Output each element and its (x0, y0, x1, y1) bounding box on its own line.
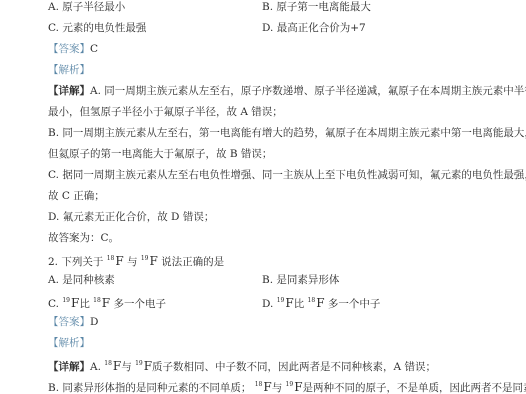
q2-option-a: A. 是同种核素 (48, 273, 115, 287)
isotope-mass: 18 (308, 297, 316, 304)
isotope-mass: 19 (62, 297, 70, 304)
q1-option-b: B. 原子第一电离能最大 (262, 0, 371, 14)
element-symbol: F (115, 254, 123, 268)
q1-detail-line-0: 【详解】A. 同一周期主族元素从左至右，原子序数递增、原子半径递减，氟原子在本周… (48, 84, 526, 98)
q1-option-d: D. 最高正化合价为+7 (262, 21, 366, 35)
detail-text: 是两种不同的原子，不是单质，因此两者不是同素 (303, 382, 526, 394)
isotope-mass: 19 (277, 297, 285, 304)
q1-option-c: C. 元素的电负性最强 (48, 21, 146, 35)
option-text: 多一个中子 (328, 298, 381, 310)
q2-option-c: C. 19F比 18F 多一个电子 (48, 294, 166, 311)
detail-tag: 【详解】 (48, 361, 90, 373)
element-symbol: F (263, 380, 271, 394)
stem-text: 说法正确的是 (161, 256, 224, 268)
isotope-mass: 18 (255, 381, 263, 388)
q2-stem: 2. 下列关于 18F 与 19F 说法正确的是 (48, 252, 224, 269)
stem-text: 与 (127, 256, 138, 268)
isotope-mass: 19 (286, 381, 294, 388)
isotope-mass: 18 (104, 360, 112, 367)
element-symbol: F (294, 380, 302, 394)
q1-answer: 【答案】C (48, 42, 98, 56)
q2-option-d: D. 19F比 18F 多一个中子 (262, 294, 380, 311)
option-text: 多一个电子 (113, 298, 166, 310)
answer-value: C (90, 43, 98, 55)
element-symbol: F (102, 296, 110, 310)
detail-text: A. (90, 361, 101, 373)
detail-tag: 【详解】 (48, 85, 90, 97)
element-symbol: F (113, 359, 121, 373)
detail-text: B. 同素异形体指的是同种元素的不同单质； (48, 382, 251, 394)
q1-analysis-tag: 【解析】 (48, 63, 90, 77)
q1-detail-line-6: D. 氟元素无正化合价，故 D 错误； (48, 210, 214, 224)
option-text: 比 (79, 298, 90, 310)
answer-tag: 【答案】 (48, 43, 90, 55)
q1-detail-line-7: 故答案为：C。 (48, 231, 119, 245)
isotope-mass: 19 (135, 360, 143, 367)
detail-text: 与 (121, 361, 132, 373)
q1-detail-line-4: C. 据同一周期主族元素从左至右电负性增强、同一主族从上至下电负性减弱可知，氟元… (48, 168, 526, 182)
q1-option-a: A. 原子半径最小 (48, 0, 125, 14)
answer-tag: 【答案】 (48, 316, 90, 328)
element-symbol: F (285, 296, 293, 310)
q2-analysis-tag: 【解析】 (48, 336, 90, 350)
stem-text: 2. 下列关于 (48, 256, 103, 268)
detail-text: A. 同一周期主族元素从左至右，原子序数递增、原子半径递减，氟原子在本周期主族元… (90, 85, 526, 97)
q2-detail-a: 【详解】A. 18F与 19F质子数相同、中子数不同，因此两者是不同种核素，A … (48, 357, 436, 374)
q1-detail-line-3: 但氦原子的第一电离能大于氟原子，故 B 错误； (48, 147, 272, 161)
detail-text: 与 (272, 382, 283, 394)
q1-detail-line-2: B. 同一周期主族元素从左至右，第一电离能有增大的趋势，氟原子在本周期主族元素中… (48, 126, 526, 140)
option-label: C. (48, 298, 59, 310)
isotope-mass: 18 (107, 255, 115, 262)
detail-text: 质子数相同、中子数不同，因此两者是不同种核素，A 错误； (152, 361, 436, 373)
answer-value: D (90, 316, 98, 328)
option-text: 比 (294, 298, 305, 310)
q2-detail-b: B. 同素异形体指的是同种元素的不同单质； 18F与 19F是两种不同的原子，不… (48, 378, 526, 394)
q1-detail-line-1: 最小，但氢原子半径小于氟原子半径，故 A 错误； (48, 105, 283, 119)
element-symbol: F (150, 254, 158, 268)
element-symbol: F (316, 296, 324, 310)
q2-answer: 【答案】D (48, 315, 98, 329)
isotope-mass: 18 (93, 297, 101, 304)
option-label: D. (262, 298, 273, 310)
q2-option-b: B. 是同素异形体 (262, 273, 339, 287)
isotope-mass: 19 (141, 255, 149, 262)
element-symbol: F (144, 359, 152, 373)
q1-detail-line-5: 故 C 正确； (48, 189, 105, 203)
